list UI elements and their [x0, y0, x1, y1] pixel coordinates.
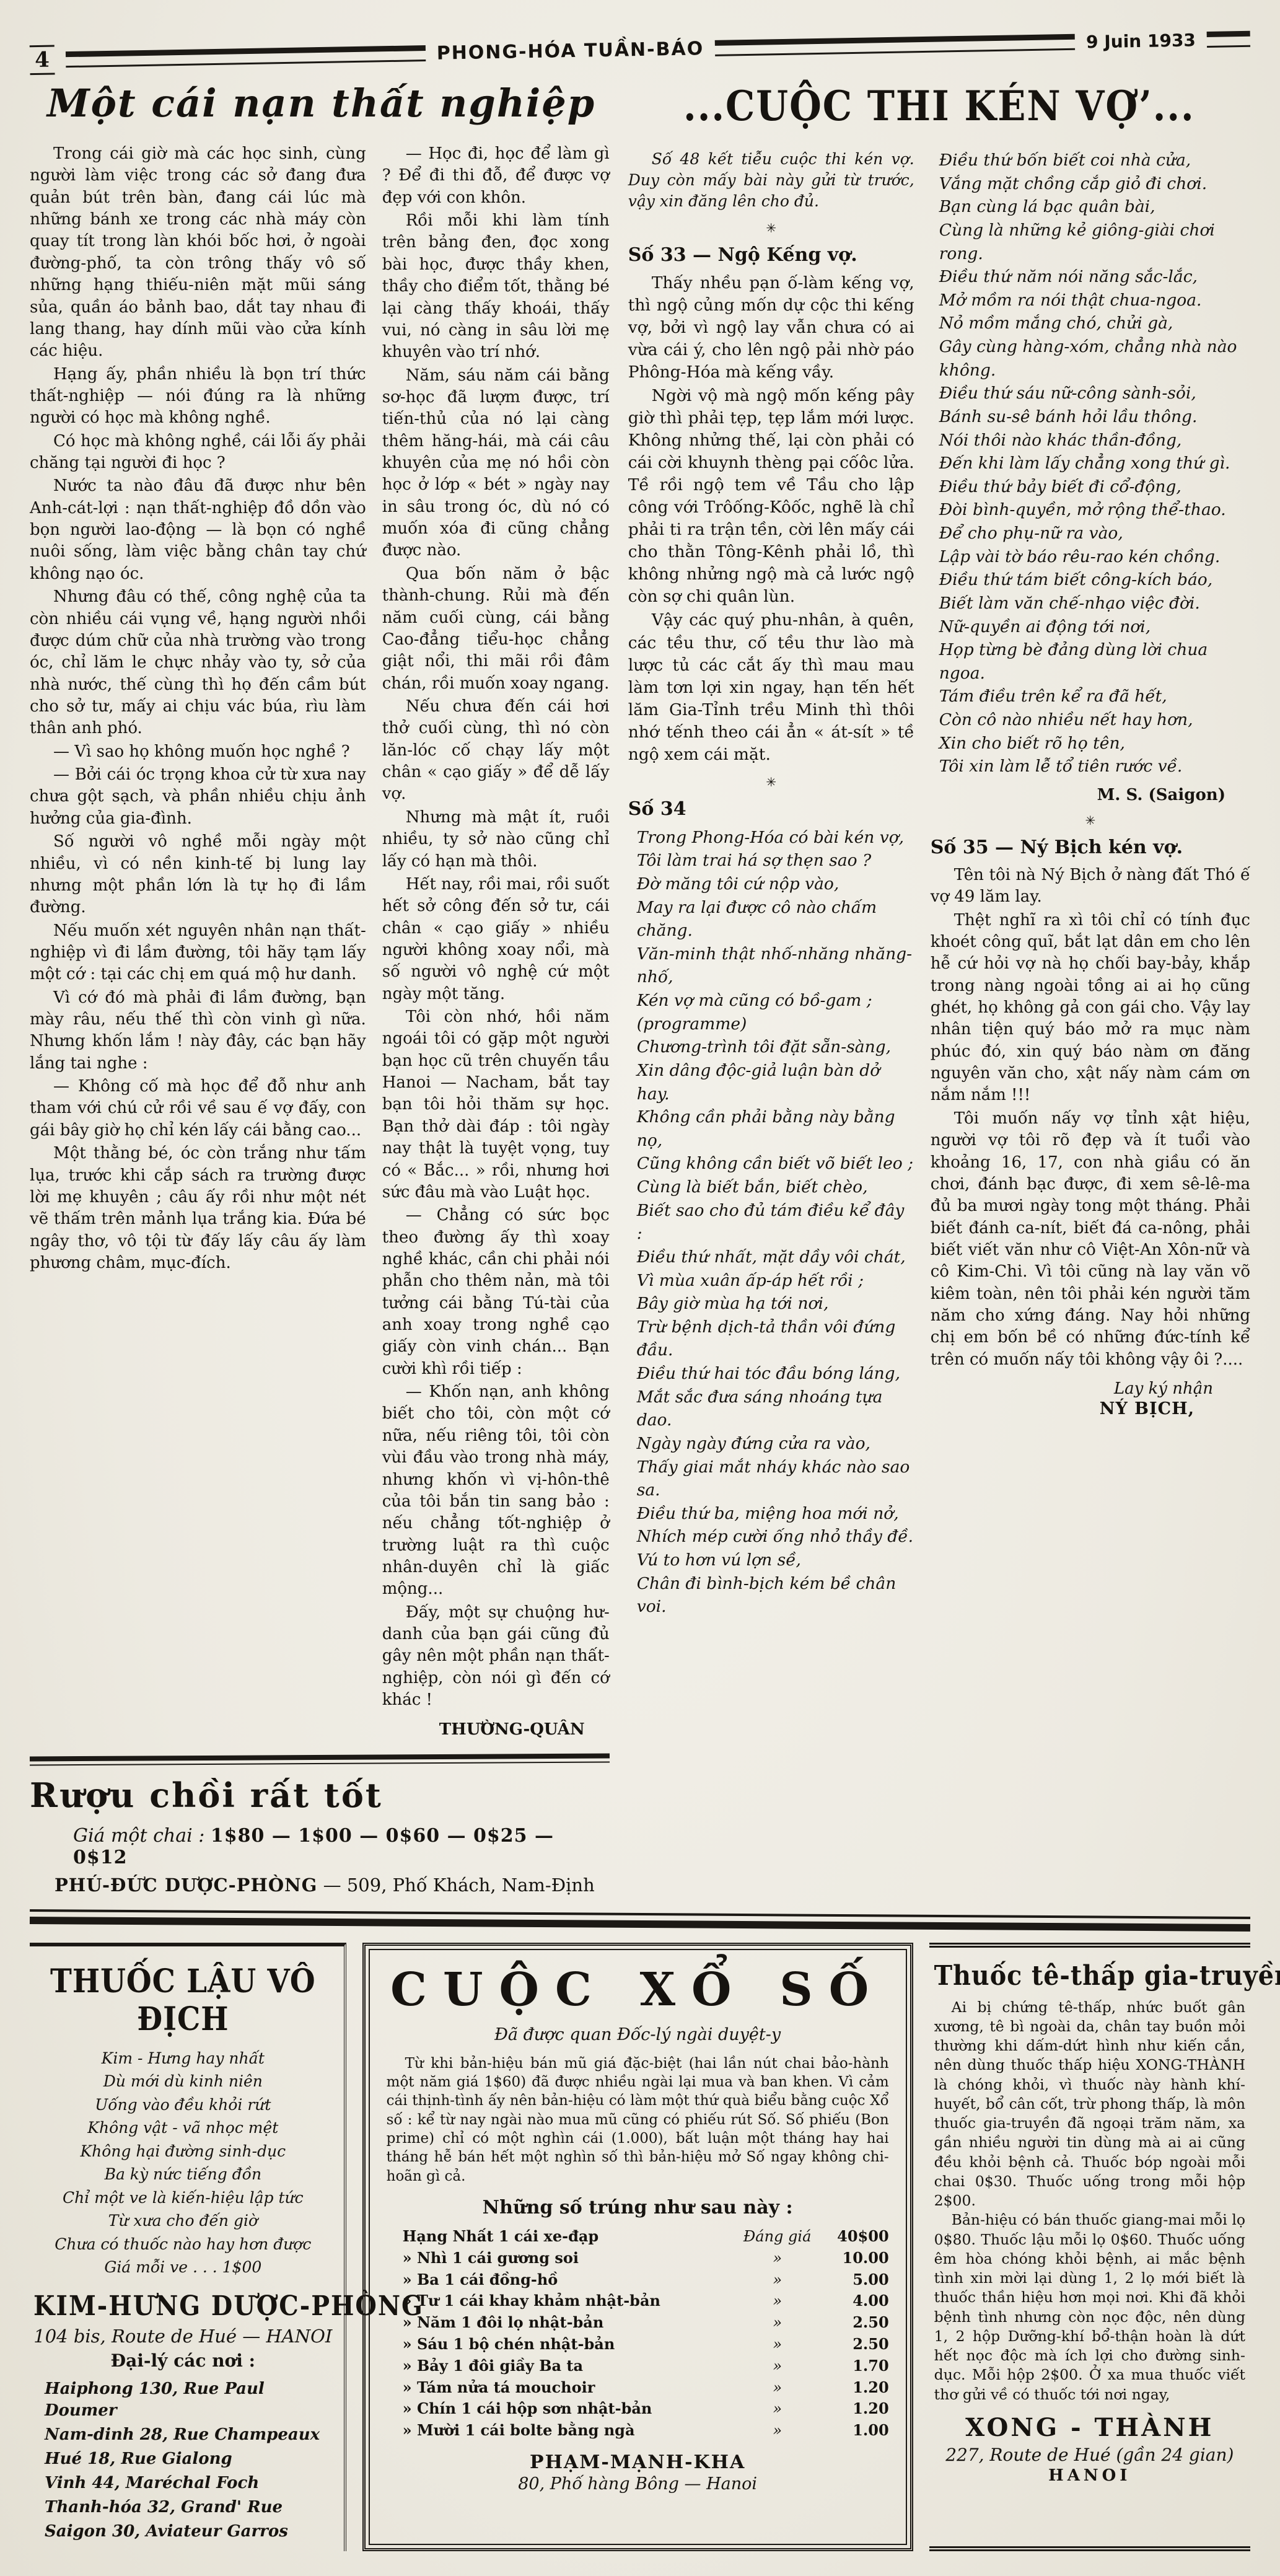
article-right-intro: Số 48 kết tiễu cuộc thi kén vợ. Duy còn …: [628, 149, 914, 212]
poem-line: Mở mồm ra nói thật chua-ngoa.: [931, 289, 1250, 312]
flower-ornament-icon: ✳: [931, 813, 1250, 828]
article-right-column-1: Số 48 kết tiễu cuộc thi kén vợ. Duy còn …: [628, 149, 914, 1619]
poem-line: Chương-trình tôi đặt sẵn-sàng,: [628, 1035, 914, 1059]
verse-line: Không vật - vã nhọc mệt: [33, 2116, 333, 2140]
bottom-divider-rule: [30, 1909, 1250, 1931]
article-right-title: ...CUỘC THI KÉN VỢ’...: [628, 82, 1250, 130]
prize-table-row-cell: 1.20: [821, 2398, 889, 2420]
prize-table-row-cell: » Tư 1 cái khay khảm nhật-bản: [387, 2290, 734, 2312]
poem-line: Điều thứ ba, miệng hoa mới nở,: [628, 1502, 914, 1526]
poem-line: Không cần phải bằng này bằng nọ,: [628, 1106, 914, 1152]
section-34-heading: Số 34: [628, 798, 914, 820]
prize-table-row: » Năm 1 đôi lọ nhật-bản»2.50: [387, 2312, 889, 2334]
poem-line: Đờ măng tôi cứ nộp vào,: [628, 873, 914, 896]
article-paragraph: Nếu chưa đến cái hơi thở cuối cùng, thì …: [382, 696, 610, 806]
prize-table-row-cell: 1.00: [821, 2420, 889, 2442]
article-paragraph: — Vì sao họ không muốn học nghề ?: [30, 741, 366, 763]
prize-table-row: » Bảy 1 đôi giầy Ba ta»1.70: [387, 2355, 889, 2377]
prize-table-row-cell: » Ba 1 cái đồng-hồ: [387, 2269, 734, 2291]
ad-xo-so-address: 80, Phố hàng Bông — Hanoi: [387, 2474, 889, 2494]
section-34-signature: M. S. (Saigon): [931, 786, 1225, 804]
poem-line: Biết sao cho đủ tám điều kể đây :: [628, 1199, 914, 1246]
article-paragraph: Đấy, một sự chuộng hư-danh của bạn gái c…: [382, 1602, 610, 1712]
section-33-body: Thấy nhều pạn ố-làm kếng vợ, thì ngộ củn…: [628, 272, 914, 766]
agent-address-line: Hué 18, Rue Gialong: [45, 2448, 333, 2470]
article-paragraph: Thấy nhều pạn ố-làm kếng vợ, thì ngộ củn…: [628, 272, 914, 384]
ad-ruou-price-label: Giá một chai :: [73, 1825, 204, 1847]
article-paragraph: — Chẳng có sức bọc theo đường ấy thì xoa…: [382, 1205, 610, 1380]
article-left-signature: THƯỜNG-QUÂN: [30, 1720, 585, 1739]
ad-ruou-address: — 509, Phố Khách, Nam-Định: [323, 1875, 595, 1896]
poem-line: Điều thứ nhất, mặt dầy vôi chát,: [628, 1246, 914, 1269]
ad-ruou-title: Rượu chồi rất tốt: [30, 1775, 610, 1815]
article-paragraph: Tôi muốn nấy vợ tỉnh xật hiệu, người vợ …: [931, 1108, 1250, 1371]
prize-table-row-cell: »: [734, 2334, 821, 2355]
ad-xo-so-subtitle: Đã được quan Đốc-lý ngài duyệt-y: [387, 2025, 889, 2044]
ad-thuoc-lau-verse: Kim - Hưng hay nhấtDù mới dù kinh niênUố…: [33, 2047, 333, 2279]
prize-table-row-cell: » Nhì 1 cái gương soi: [387, 2248, 734, 2269]
prize-table-row-cell: »: [734, 2398, 821, 2420]
poem-line: Cũng không cần biết võ biết leo ;: [628, 1152, 914, 1176]
verse-line: Uống vào đều khỏi rứt: [33, 2093, 333, 2117]
ad-thuoc-lau-agents: Haiphong 130, Rue Paul DoumerNam-dinh 28…: [33, 2378, 333, 2543]
poem-line: Thấy giai mắt nháy khác nào sao sa.: [628, 1456, 914, 1502]
page-number: 4: [30, 45, 55, 76]
prize-table-row-cell: »: [734, 2377, 821, 2399]
prize-table-row: » Tám nửa tá mouchoir»1.20: [387, 2377, 889, 2399]
ad-te-thap-vendor: XONG - THÀNH: [934, 2413, 1245, 2442]
poem-line: Trừ bệnh dịch-tả thần vôi đứng đầu.: [628, 1316, 914, 1362]
header-rule-end: [1207, 31, 1250, 48]
prize-table-row-cell: 2.50: [821, 2312, 889, 2334]
article-paragraph: Vậy các quý phu-nhân, à quên, các tều th…: [628, 609, 914, 765]
section-34-poem-part-2: Điều thứ bốn biết coi nhà cửa,Vắng mặt c…: [931, 149, 1250, 778]
prize-table-row-cell: 1.70: [821, 2355, 889, 2377]
article-paragraph: Rồi mỗi khi làm tính trên bảng đen, đọc …: [382, 210, 610, 364]
agent-address-line: Thanh-hóa 32, Grand' Rue: [45, 2497, 333, 2518]
prize-table-row-cell: » Bảy 1 đôi giầy Ba ta: [387, 2355, 734, 2377]
prize-table-row-cell: 10.00: [821, 2248, 889, 2269]
poem-line: Lập vài tờ báo rêu-rao kén chồng.: [931, 545, 1250, 569]
section-35-signature: NÝ BỊCH,: [931, 1399, 1195, 1418]
poem-line: Nhích mép cười ống nhỏ thầy đề.: [628, 1525, 914, 1549]
poem-line: Chân đi bình-bịch kém bề chân voi.: [628, 1572, 914, 1619]
prize-table-row-cell: 2.50: [821, 2334, 889, 2355]
prize-table-row-cell: » Mười 1 cái bolte bằng ngà: [387, 2420, 734, 2442]
article-paragraph: Năm, sáu năm cái bằng sơ-học đã lượm đượ…: [382, 365, 610, 562]
article-left-title: Một cái nạn thất nghiệp: [47, 81, 610, 126]
prize-table-row-cell: » Sáu 1 bộ chén nhật-bản: [387, 2334, 734, 2355]
prize-table-row-cell: 40$00: [821, 2226, 889, 2248]
agent-address-line: Haiphong 130, Rue Paul Doumer: [45, 2378, 333, 2422]
article-paragraph: Hạng ấy, phần nhiều là bọn trí thức thất…: [30, 364, 366, 429]
flower-ornament-icon: ✳: [628, 221, 914, 235]
ad-te-thap-title: Thuốc tê-thấp gia-truyền: [934, 1960, 1245, 1992]
prize-table-row-cell: »: [734, 2248, 821, 2269]
ad-ruou-vendor: PHÚ-ĐỨC DƯỢC-PHÒNG: [55, 1875, 317, 1896]
prize-table-row-cell: »: [734, 2312, 821, 2334]
poem-line: Cùng là những kẻ giông-giài chơi rong.: [931, 219, 1250, 265]
article-paragraph: — Không cố mà học để đỗ như anh tham với…: [30, 1076, 366, 1141]
prize-table-row: Hạng Nhất 1 cái xe-đạpĐáng giá40$00: [387, 2226, 889, 2248]
ad-thuoc-lau: THUỐC LẬU VÔ ĐỊCH Kim - Hưng hay nhấtDù …: [30, 1943, 346, 2552]
poem-line: Điều thứ tám biết công-kích báo,: [931, 568, 1250, 592]
prize-table-row-cell: » Năm 1 đôi lọ nhật-bản: [387, 2312, 734, 2334]
article-paragraph: Qua bốn năm ở bậc thành-chung. Rủi mà đế…: [382, 563, 610, 695]
poem-line: Điều thứ bốn biết coi nhà cửa,: [931, 149, 1250, 172]
verse-line: Không hại đường sinh-dục: [33, 2140, 333, 2163]
article-paragraph: Tôi còn nhớ, hồi năm ngoái tôi có gặp mộ…: [382, 1006, 610, 1203]
article-paragraph: — Khốn nạn, anh không biết cho tôi, còn …: [382, 1381, 610, 1601]
ad-te-thap-body: Ai bị chứng tê-thấp, nhức buốt gân xương…: [934, 1998, 1245, 2404]
poem-line: Vú to hơn vú lợn sề,: [628, 1549, 914, 1572]
ad-thuoc-lau-address: 104 bis, Route de Hué — HANOI: [33, 2326, 333, 2347]
poem-line: Kén vợ mà cũng có bồ-gam ; (programme): [628, 989, 914, 1035]
verse-line: Giá mỗi ve . . . 1$00: [33, 2256, 333, 2279]
ad-thuoc-lau-vendor: KIM-HƯNG DƯỢC-PHÒNG: [33, 2290, 333, 2322]
bottom-ads-row: THUỐC LẬU VÔ ĐỊCH Kim - Hưng hay nhấtDù …: [30, 1943, 1250, 2552]
prize-table-row: » Tư 1 cái khay khảm nhật-bản»4.00: [387, 2290, 889, 2312]
article-paragraph: Nước ta nào đâu đã được như bên Anh-cát-…: [30, 475, 366, 585]
ad-ruou-choi: Rượu chồi rất tốt Giá một chai : 1$80 — …: [30, 1775, 610, 1896]
ad-xo-so-body-paragraph: Từ khi bản-hiệu bán mũ giá đặc-biệt (hai…: [387, 2054, 889, 2186]
poem-line: Cùng là biết bắn, biết chèo,: [628, 1176, 914, 1199]
prize-table-row-cell: »: [734, 2355, 821, 2377]
verse-line: Dù mới dù kinh niên: [33, 2070, 333, 2093]
poem-line: Xin cho biết rõ họ tên,: [931, 732, 1250, 755]
poem-line: Nói thôi nào khác thần-đồng,: [931, 429, 1250, 452]
ad-te-thap-address: 227, Route de Hué (gần 24 gian): [934, 2445, 1245, 2465]
prize-table-row-cell: Hạng Nhất 1 cái xe-đạp: [387, 2226, 734, 2248]
ad-paragraph: Bản-hiệu có bán thuốc giang-mai mỗi lọ 0…: [934, 2210, 1245, 2404]
verse-line: Kim - Hưng hay nhất: [33, 2047, 333, 2070]
poem-line: Nỏ mồm mắng chó, chửi gà,: [931, 312, 1250, 335]
ad-thuoc-lau-agents-label: Đại-lý các nơi :: [33, 2350, 333, 2371]
poem-line: Để cho phụ-nữ ra vào,: [931, 522, 1250, 545]
intro-paragraph: Số 48 kết tiễu cuộc thi kén vợ. Duy còn …: [628, 149, 914, 212]
article-paragraph: Tên tôi nà Ný Bịch ở nàng đất Thó ế vợ 4…: [931, 864, 1250, 908]
ad-ruou-vendor-line: PHÚ-ĐỨC DƯỢC-PHÒNG — 509, Phố Khách, Nam…: [55, 1875, 610, 1896]
ad-thuoc-lau-title: THUỐC LẬU VÔ ĐỊCH: [33, 1963, 333, 2038]
poem-line: Điều thứ năm nói năng sắc-lắc,: [931, 265, 1250, 289]
article-left-column-2: — Học đi, học để làm gì ? Để đi thi đỗ, …: [382, 143, 610, 1713]
prize-table-row: » Mười 1 cái bolte bằng ngà»1.00: [387, 2420, 889, 2442]
ad-cuoc-xo-so: CUỘC XỔ SỐ Đã được quan Đốc-lý ngài duyệ…: [362, 1943, 913, 2552]
prize-table-row: » Sáu 1 bộ chén nhật-bản»2.50: [387, 2334, 889, 2355]
left-region: Một cái nạn thất nghiệp Trong cái giờ mà…: [30, 81, 610, 1896]
prize-table-row: » Chín 1 cái hộp sơn nhật-bản»1.20: [387, 2398, 889, 2420]
poem-line: Đến khi làm lấy chẳng xong thứ gì.: [931, 452, 1250, 475]
verse-line: Chưa có thuốc nào hay hơn được: [33, 2233, 333, 2256]
section-35-body: Tên tôi nà Ný Bịch ở nàng đất Thó ế vợ 4…: [931, 864, 1250, 1371]
poem-line: Văn-minh thật nhố-nhăng nhăng-nhố,: [628, 943, 914, 989]
ad-thuoc-te-thap: Thuốc tê-thấp gia-truyền Ai bị chứng tê-…: [929, 1943, 1250, 2552]
poem-line: Biết làm văn chế-nhạo việc đời.: [931, 592, 1250, 615]
poem-line: Bánh su-sê bánh hỏi lầu thông.: [931, 405, 1250, 429]
article-paragraph: Có học mà không nghề, cái lỗi ấy phải ch…: [30, 431, 366, 475]
article-paragraph: Ngời vộ mà ngộ mốn kếng pây giờ thì phải…: [628, 385, 914, 608]
poem-line: Mắt sắc đưa sáng nhoáng tựa dao.: [628, 1386, 914, 1432]
section-35-closing: Lay ký nhận: [931, 1379, 1213, 1398]
section-34-poem-part-1: Trong Phong-Hóa có bài kén vợ,Tôi làm tr…: [628, 826, 914, 1619]
section-35-heading: Số 35 — Ný Bịch kén vợ.: [931, 837, 1250, 858]
poem-line: Còn cô nào nhiều nết hay hơn,: [931, 708, 1250, 732]
poem-line: Bạn cùng lá bạc quân bài,: [931, 195, 1250, 219]
prize-table-row-cell: »: [734, 2290, 821, 2312]
masthead-title: PHONG-HÓA TUẦN-BÁO: [436, 38, 704, 64]
article-paragraph: Nếu muốn xét nguyên nhân nạn thất-nghiệp…: [30, 920, 366, 986]
poem-line: Ngày ngày đứng cửa ra vào,: [628, 1432, 914, 1456]
prize-table-row-cell: »: [734, 2269, 821, 2291]
verse-line: Từ xưa cho đến giờ: [33, 2209, 333, 2233]
prize-table-row-cell: Đáng giá: [734, 2226, 821, 2248]
poem-line: Tôi xin làm lễ tổ tiên rước về.: [931, 755, 1250, 778]
section-33-heading: Số 33 — Ngộ Kếng vợ.: [628, 244, 914, 266]
prize-table-row-cell: 1.20: [821, 2377, 889, 2399]
agent-address-line: Saigon 30, Aviateur Garros: [45, 2521, 333, 2543]
prize-table-row-cell: 4.00: [821, 2290, 889, 2312]
ad-paragraph: Ai bị chứng tê-thấp, nhức buốt gân xương…: [934, 1998, 1245, 2211]
article-right-column-2: Điều thứ bốn biết coi nhà cửa,Vắng mặt c…: [931, 149, 1250, 1619]
poem-line: Điều thứ bảy biết đi cổ-động,: [931, 475, 1250, 499]
right-region: ...CUỘC THI KÉN VỢ’... Số 48 kết tiễu cu…: [628, 81, 1250, 1896]
header-rule-left: [66, 45, 426, 68]
ad-ruou-price-line: Giá một chai : 1$80 — 1$00 — 0$60 — 0$25…: [73, 1825, 610, 1868]
ad-xo-so-prize-table: Hạng Nhất 1 cái xe-đạpĐáng giá40$00» Nhì…: [387, 2226, 889, 2442]
article-paragraph: Vì cớ đó mà phải đi lầm đường, bạn mày r…: [30, 987, 366, 1075]
poem-line: Xin dâng độc-giả luận bàn dở hay.: [628, 1059, 914, 1106]
verse-line: Chỉ một ve là kiến-hiệu lập tức: [33, 2186, 333, 2210]
poem-line: Trong Phong-Hóa có bài kén vợ,: [628, 826, 914, 850]
agent-address-line: Nam-dinh 28, Rue Champeaux: [45, 2424, 333, 2446]
poem-line: Vắng mặt chồng cắp giỏ đi chơi.: [931, 172, 1250, 196]
verse-line: Ba kỳ nức tiếng đồn: [33, 2163, 333, 2186]
article-paragraph: Số người vô nghề mỗi ngày một nhiều, vì …: [30, 831, 366, 918]
poem-line: Vì mùa xuân ấp-áp hết rồi ;: [628, 1269, 914, 1293]
ad-xo-so-body: Từ khi bản-hiệu bán mũ giá đặc-biệt (hai…: [387, 2054, 889, 2186]
article-paragraph: — Học đi, học để làm gì ? Để đi thi đỗ, …: [382, 143, 610, 209]
divider-rule: [30, 1753, 610, 1765]
poem-line: Tám điều trên kể ra đã hết,: [931, 685, 1250, 708]
article-paragraph: Nhưng đâu có thế, công nghệ của ta còn n…: [30, 586, 366, 740]
poem-line: Bây giờ mùa hạ tới nơi,: [628, 1292, 914, 1316]
poem-line: Điều thứ sáu nữ-công sành-sỏi,: [931, 382, 1250, 405]
header-rule-right: [715, 34, 1075, 56]
flower-ornament-icon: ✳: [628, 775, 914, 789]
article-paragraph: Thệt nghĩ ra xì tôi chỉ có tính đục khoé…: [931, 910, 1250, 1107]
prize-table-row-cell: » Tám nửa tá mouchoir: [387, 2377, 734, 2399]
poem-line: Điều thứ hai tóc đầu bóng láng,: [628, 1362, 914, 1386]
ad-xo-so-title: CUỘC XỔ SỐ: [387, 1963, 889, 2016]
poem-line: Nữ-quyền ai động tới nơi,: [931, 615, 1250, 639]
newspaper-page: 4 PHONG-HÓA TUẦN-BÁO 9 Juin 1933 Một cái…: [0, 0, 1280, 2576]
article-paragraph: — Bởi cái óc trọng khoa cử từ xưa nay ch…: [30, 764, 366, 830]
issue-date: 9 Juin 1933: [1086, 30, 1196, 52]
prize-table-row: » Nhì 1 cái gương soi»10.00: [387, 2248, 889, 2269]
poem-line: Đòi bình-quyền, mở rộng thể-thao.: [931, 498, 1250, 522]
masthead: 4 PHONG-HÓA TUẦN-BÁO 9 Juin 1933: [30, 24, 1251, 75]
article-paragraph: Hết nay, rồi mai, rồi suốt hết sở công đ…: [382, 874, 610, 1005]
prize-table-row: » Ba 1 cái đồng-hồ»5.00: [387, 2269, 889, 2291]
poem-line: Gây cùng hàng-xóm, chẳng nhà nào không.: [931, 335, 1250, 382]
ad-xo-so-signature: PHẠM-MẠNH-KHA: [387, 2451, 889, 2473]
prize-table-row-cell: » Chín 1 cái hộp sơn nhật-bản: [387, 2398, 734, 2420]
poem-line: May ra lại được cô nào chấm chăng.: [628, 896, 914, 943]
article-left-column-1: Trong cái giờ mà các học sinh, cùng ngườ…: [30, 143, 366, 1713]
poem-line: Tôi làm trai há sợ thẹn sao ?: [628, 849, 914, 873]
prize-table-row-cell: 5.00: [821, 2269, 889, 2291]
article-paragraph: Nhưng mà mật ít, ruồi nhiều, ty sở nào c…: [382, 807, 610, 873]
ad-te-thap-city: HANOI: [934, 2466, 1245, 2485]
prize-table-row-cell: »: [734, 2420, 821, 2442]
article-paragraph: Một thằng bé, óc còn trắng như tấm lụa, …: [30, 1143, 366, 1274]
poem-line: Họp từng bè đảng dùng lời chua ngoa.: [931, 638, 1250, 685]
agent-address-line: Vinh 44, Maréchal Foch: [45, 2473, 333, 2494]
ad-xo-so-prizes-heading: Những số trúng như sau này :: [387, 2197, 889, 2218]
article-paragraph: Trong cái giờ mà các học sinh, cùng ngườ…: [30, 143, 366, 363]
